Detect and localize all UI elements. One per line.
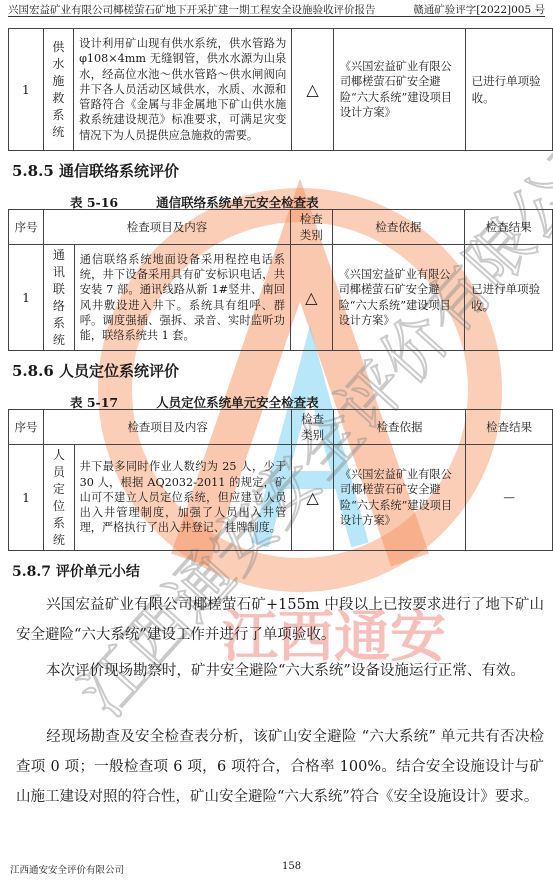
check-content: 通信联络系统地面设备采用程控电话系统，井下设备采用具有矿安标识电话，共安装 7 … <box>74 245 290 351</box>
check-result: — <box>466 445 553 551</box>
page-header: 兴国宏益矿业有限公司椰槎萤石矿地下开采扩建一期工程安全设施验收评价报告 赣通矿验… <box>8 2 545 17</box>
col-header-type-line1: 检查 <box>300 212 323 226</box>
category-cell: 供 水 施 救 系 统 <box>43 29 73 151</box>
caption-title: 通信联络系统单元安全检查表 <box>156 195 319 210</box>
check-result: 已进行单项验收。 <box>465 29 552 151</box>
caption-number: 表 5-17 <box>70 395 118 410</box>
category-char: 联 <box>44 281 74 298</box>
summary-paragraph-2: 本次评价现场勘察时，矿井安全避险“六大系统”设备设施运行正常、有效。 <box>16 656 544 686</box>
check-type: △ <box>292 29 333 151</box>
col-header-type: 检查类别 <box>290 210 332 245</box>
col-header-result: 检查结果 <box>465 210 553 245</box>
category-char: 救 <box>44 90 73 107</box>
category-cell: 通 讯 联 络 系 统 <box>44 245 75 351</box>
table-5-16: 序号 检查项目及内容 检查类别 检查依据 检查结果 1 通 讯 联 络 系 统 … <box>8 209 553 351</box>
report-title: 兴国宏益矿业有限公司椰槎萤石矿地下开采扩建一期工程安全设施验收评价报告 <box>8 2 376 17</box>
summary-paragraph-3: 经现场勘查及安全检查表分析，该矿山安全避险 “六大系统” 单元共有否决检查项 0… <box>16 722 544 812</box>
summary-paragraph-1: 兴国宏益矿业有限公司椰槎萤石矿+155m 中段以上已按要求进行了地下矿山安全避险… <box>16 590 544 650</box>
check-type: △ <box>290 245 332 351</box>
category-char: 水 <box>44 56 73 73</box>
check-basis: 《兴国宏益矿业有限公司椰槎萤石矿安全避险“六大系统”建设项目设计方案》 <box>333 445 465 551</box>
category-char: 讯 <box>44 264 74 281</box>
table-row: 1 通 讯 联 络 系 统 通信联络系统地面设备采用程控电话系统，井下设备采用具… <box>9 245 553 351</box>
category-char: 统 <box>44 124 73 141</box>
col-header-basis: 检查依据 <box>333 410 465 445</box>
col-header-content: 检查项目及内容 <box>44 410 292 445</box>
category-cell: 人 员 定 位 系 统 <box>44 445 75 551</box>
check-basis: 《兴国宏益矿业有限公司椰槎萤石矿安全避险“六大系统”建设项目设计方案》 <box>332 245 465 351</box>
category-char: 员 <box>44 464 74 481</box>
category-char: 统 <box>44 532 74 549</box>
check-basis: 《兴国宏益矿业有限公司椰槎萤石矿安全避险“六大系统”建设项目设计方案》 <box>333 29 465 151</box>
doc-number: 赣通矿验评字[2022]005 号 <box>413 2 545 17</box>
row-number: 1 <box>9 29 44 151</box>
category-char: 通 <box>44 247 74 264</box>
page-number: 158 <box>282 861 301 872</box>
row-number: 1 <box>9 245 44 351</box>
row-number: 1 <box>9 445 44 551</box>
paragraph-text: 经现场勘查及安全检查表分析，该矿山安全避险 “六大系统” 单元共有否决检查项 0… <box>16 729 544 805</box>
footer-company: 江西通安安全评价有限公司 <box>10 862 124 876</box>
section-heading-5-8-7: 5.8.7 评价单元小结 <box>12 561 140 581</box>
check-result: 已进行单项验收。 <box>465 245 553 351</box>
category-char: 络 <box>44 298 74 315</box>
category-char: 位 <box>44 498 74 515</box>
col-header-result: 检查结果 <box>466 410 553 445</box>
table-row: 1 供 水 施 救 系 统 设计利用矿山现有供水系统，供水管路为φ108×4mm… <box>9 29 553 151</box>
check-content: 井下最多同时作业人数约为 25 人，少于 30 人，根据 AQ2032-2011… <box>74 445 292 551</box>
check-type: △ <box>292 445 334 551</box>
col-header-no: 序号 <box>9 210 44 245</box>
category-char: 系 <box>44 515 74 532</box>
category-char: 施 <box>44 73 73 90</box>
paragraph-text: 兴国宏益矿业有限公司椰槎萤石矿+155m 中段以上已按要求进行了地下矿山安全避险… <box>16 597 544 643</box>
col-header-type-line2: 类别 <box>301 428 324 442</box>
category-char: 系 <box>44 107 73 124</box>
col-header-content: 检查项目及内容 <box>44 210 291 245</box>
table-row: 1 人 员 定 位 系 统 井下最多同时作业人数约为 25 人，少于 30 人，… <box>9 445 553 551</box>
section-heading-5-8-5: 5.8.5 通信联络系统评价 <box>12 160 179 181</box>
paragraph-text: 本次评价现场勘察时，矿井安全避险“六大系统”设备设施运行正常、有效。 <box>46 663 525 679</box>
check-content: 设计利用矿山现有供水系统，供水管路为φ108×4mm 无缝钢管，供水水源为山泉水… <box>74 29 292 151</box>
caption-number: 表 5-16 <box>70 195 118 210</box>
caption-title: 人员定位系统单元安全检查表 <box>156 395 319 410</box>
category-char: 供 <box>44 39 73 56</box>
col-header-basis: 检查依据 <box>332 210 465 245</box>
col-header-type-line1: 检查 <box>301 412 324 426</box>
table-water-supply-continued: 1 供 水 施 救 系 统 设计利用矿山现有供水系统，供水管路为φ108×4mm… <box>8 28 553 151</box>
col-header-type-line2: 类别 <box>300 228 323 242</box>
table-header-row: 序号 检查项目及内容 检查类别 检查依据 检查结果 <box>9 210 553 245</box>
category-char: 人 <box>44 447 74 464</box>
category-char: 系 <box>44 315 74 332</box>
category-char: 定 <box>44 481 74 498</box>
col-header-no: 序号 <box>9 410 44 445</box>
table-header-row: 序号 检查项目及内容 检查类别 检查依据 检查结果 <box>9 410 553 445</box>
table-5-17: 序号 检查项目及内容 检查类别 检查依据 检查结果 1 人 员 定 位 系 统 … <box>8 409 553 551</box>
col-header-type: 检查类别 <box>292 410 334 445</box>
section-heading-5-8-6: 5.8.6 人员定位系统评价 <box>12 360 179 381</box>
category-char: 统 <box>44 332 74 349</box>
